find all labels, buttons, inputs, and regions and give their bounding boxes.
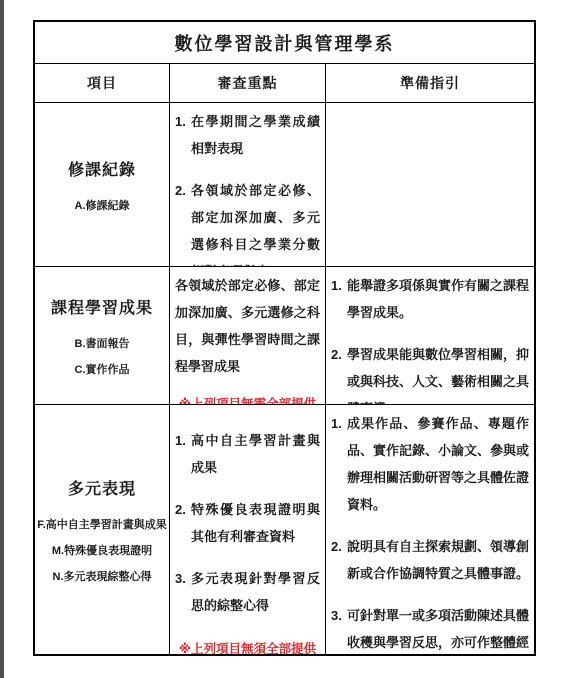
item-code: C.實作作品 bbox=[75, 364, 130, 376]
item-code: B.書面報告 bbox=[75, 338, 130, 350]
list-item: 學習成果能與數位學習相關，抑或與科技、人文、藝術相關之具體事證。 bbox=[331, 341, 529, 404]
list-item: 各領域於部定必修、部定加深加廣、多元選修科目之學業分數相對表現傑出 bbox=[175, 177, 320, 266]
column-header-review: 審查重點 bbox=[169, 63, 325, 102]
item-code: N.多元表現綜整心得 bbox=[53, 571, 152, 583]
item-cell-course-record: 修課紀錄 A.修課紀錄 bbox=[35, 102, 169, 266]
guide-cell-empty bbox=[325, 102, 534, 266]
list-item: 多元表現針對學習反思的綜整心得 bbox=[175, 565, 320, 619]
review-cell-course-record: 在學期間之學業成績相對表現 各領域於部定必修、部定加深加廣、多元選修科目之學業分… bbox=[169, 102, 325, 266]
scan-edge-artifact bbox=[0, 0, 4, 678]
list-item: 高中自主學習計畫與成果 bbox=[175, 427, 320, 481]
item-cell-course-outcome: 課程學習成果 B.書面報告 C.實作作品 bbox=[35, 266, 169, 404]
list-item: 說明具有自主探索規劃、領導創新或合作協調特質之具體事證。 bbox=[331, 533, 529, 587]
item-label: 修課紀錄 bbox=[68, 157, 136, 180]
item-label: 課程學習成果 bbox=[51, 295, 153, 318]
list-item: 特殊優良表現證明與其他有利審查資料 bbox=[175, 496, 320, 550]
document-page: 數位學習設計與管理學系 項目 審查重點 準備指引 修課紀錄 A.修課紀錄 在學期… bbox=[0, 0, 567, 678]
review-list: 高中自主學習計畫與成果 特殊優良表現證明與其他有利審查資料 多元表現針對學習反思… bbox=[175, 427, 320, 619]
review-paragraph: 各領域於部定必修、部定加深加廣、多元選修之科目，與彈性學習時間之課程學習成果 bbox=[175, 272, 320, 380]
list-item: 在學期間之學業成績相對表現 bbox=[175, 108, 320, 162]
guide-list: 成果作品、參賽作品、專題作品、實作記錄、小論文、參與或辦理相關活動研習等之具體佐… bbox=[331, 410, 529, 654]
red-note: ※上列項目無須全部提供 bbox=[175, 639, 320, 654]
department-title: 數位學習設計與管理學系 bbox=[35, 22, 534, 63]
guide-cell-course-outcome: 能舉證多項係與實作有關之課程學習成果。 學習成果能與數位學習相關，抑或與科技、人… bbox=[325, 266, 534, 404]
review-cell-diverse-performance: 高中自主學習計畫與成果 特殊優良表現證明與其他有利審查資料 多元表現針對學習反思… bbox=[169, 404, 325, 654]
list-item: 可針對單一或多項活動陳述具體收穫與學習反思，亦可作整體經驗分享。 bbox=[331, 602, 529, 654]
item-label: 多元表現 bbox=[68, 476, 136, 499]
list-item: 能舉證多項係與實作有關之課程學習成果。 bbox=[331, 272, 529, 326]
item-code: A.修課紀錄 bbox=[75, 200, 130, 212]
guide-list: 能舉證多項係與實作有關之課程學習成果。 學習成果能與數位學習相關，抑或與科技、人… bbox=[331, 272, 529, 404]
red-note: ※上列項目無需全部提供 bbox=[175, 394, 320, 404]
column-header-guide: 準備指引 bbox=[325, 63, 534, 102]
item-cell-diverse-performance: 多元表現 F.高中自主學習計畫與成果 M.特殊優良表現證明 N.多元表現綜整心得 bbox=[35, 404, 169, 654]
item-code: M.特殊優良表現證明 bbox=[52, 545, 152, 557]
column-header-item: 項目 bbox=[35, 63, 169, 102]
review-criteria-table: 數位學習設計與管理學系 項目 審查重點 準備指引 修課紀錄 A.修課紀錄 在學期… bbox=[33, 20, 536, 656]
review-cell-course-outcome: 各領域於部定必修、部定加深加廣、多元選修之科目，與彈性學習時間之課程學習成果 ※… bbox=[169, 266, 325, 404]
guide-cell-diverse-performance: 成果作品、參賽作品、專題作品、實作記錄、小論文、參與或辦理相關活動研習等之具體佐… bbox=[325, 404, 534, 654]
review-list: 在學期間之學業成績相對表現 各領域於部定必修、部定加深加廣、多元選修科目之學業分… bbox=[175, 108, 320, 266]
item-code: F.高中自主學習計畫與成果 bbox=[37, 519, 167, 531]
list-item: 成果作品、參賽作品、專題作品、實作記錄、小論文、參與或辦理相關活動研習等之具體佐… bbox=[331, 410, 529, 518]
